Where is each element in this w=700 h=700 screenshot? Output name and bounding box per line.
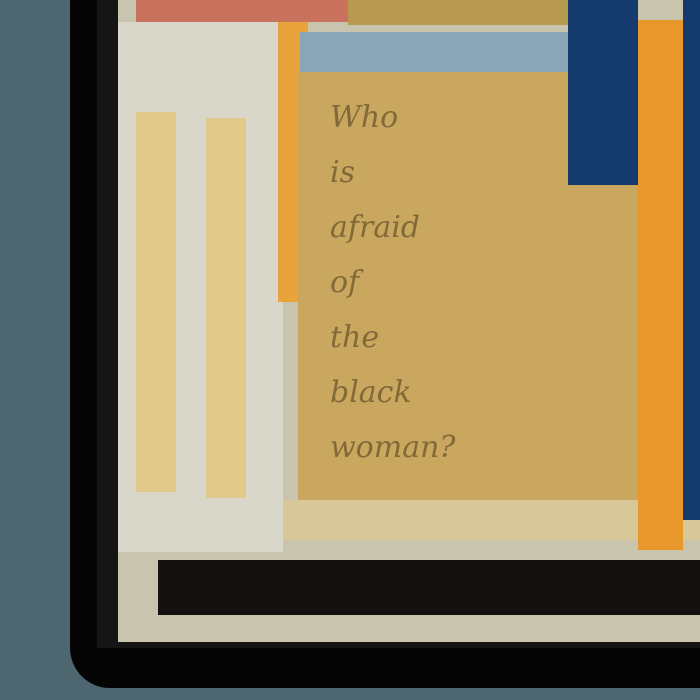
blue-grey-band: [300, 32, 568, 72]
handwritten-inscription: Who is afraid of the black woman?: [330, 90, 455, 475]
orange-column: [638, 20, 683, 550]
black-horizontal-bar: [158, 560, 700, 615]
yellow-strip-left: [136, 112, 176, 492]
yellow-strip-right: [206, 118, 246, 498]
navy-right-column: [683, 0, 700, 520]
ochre-top-patch: [348, 0, 568, 25]
navy-column: [568, 0, 638, 185]
salmon-textile-patch: [136, 0, 366, 22]
